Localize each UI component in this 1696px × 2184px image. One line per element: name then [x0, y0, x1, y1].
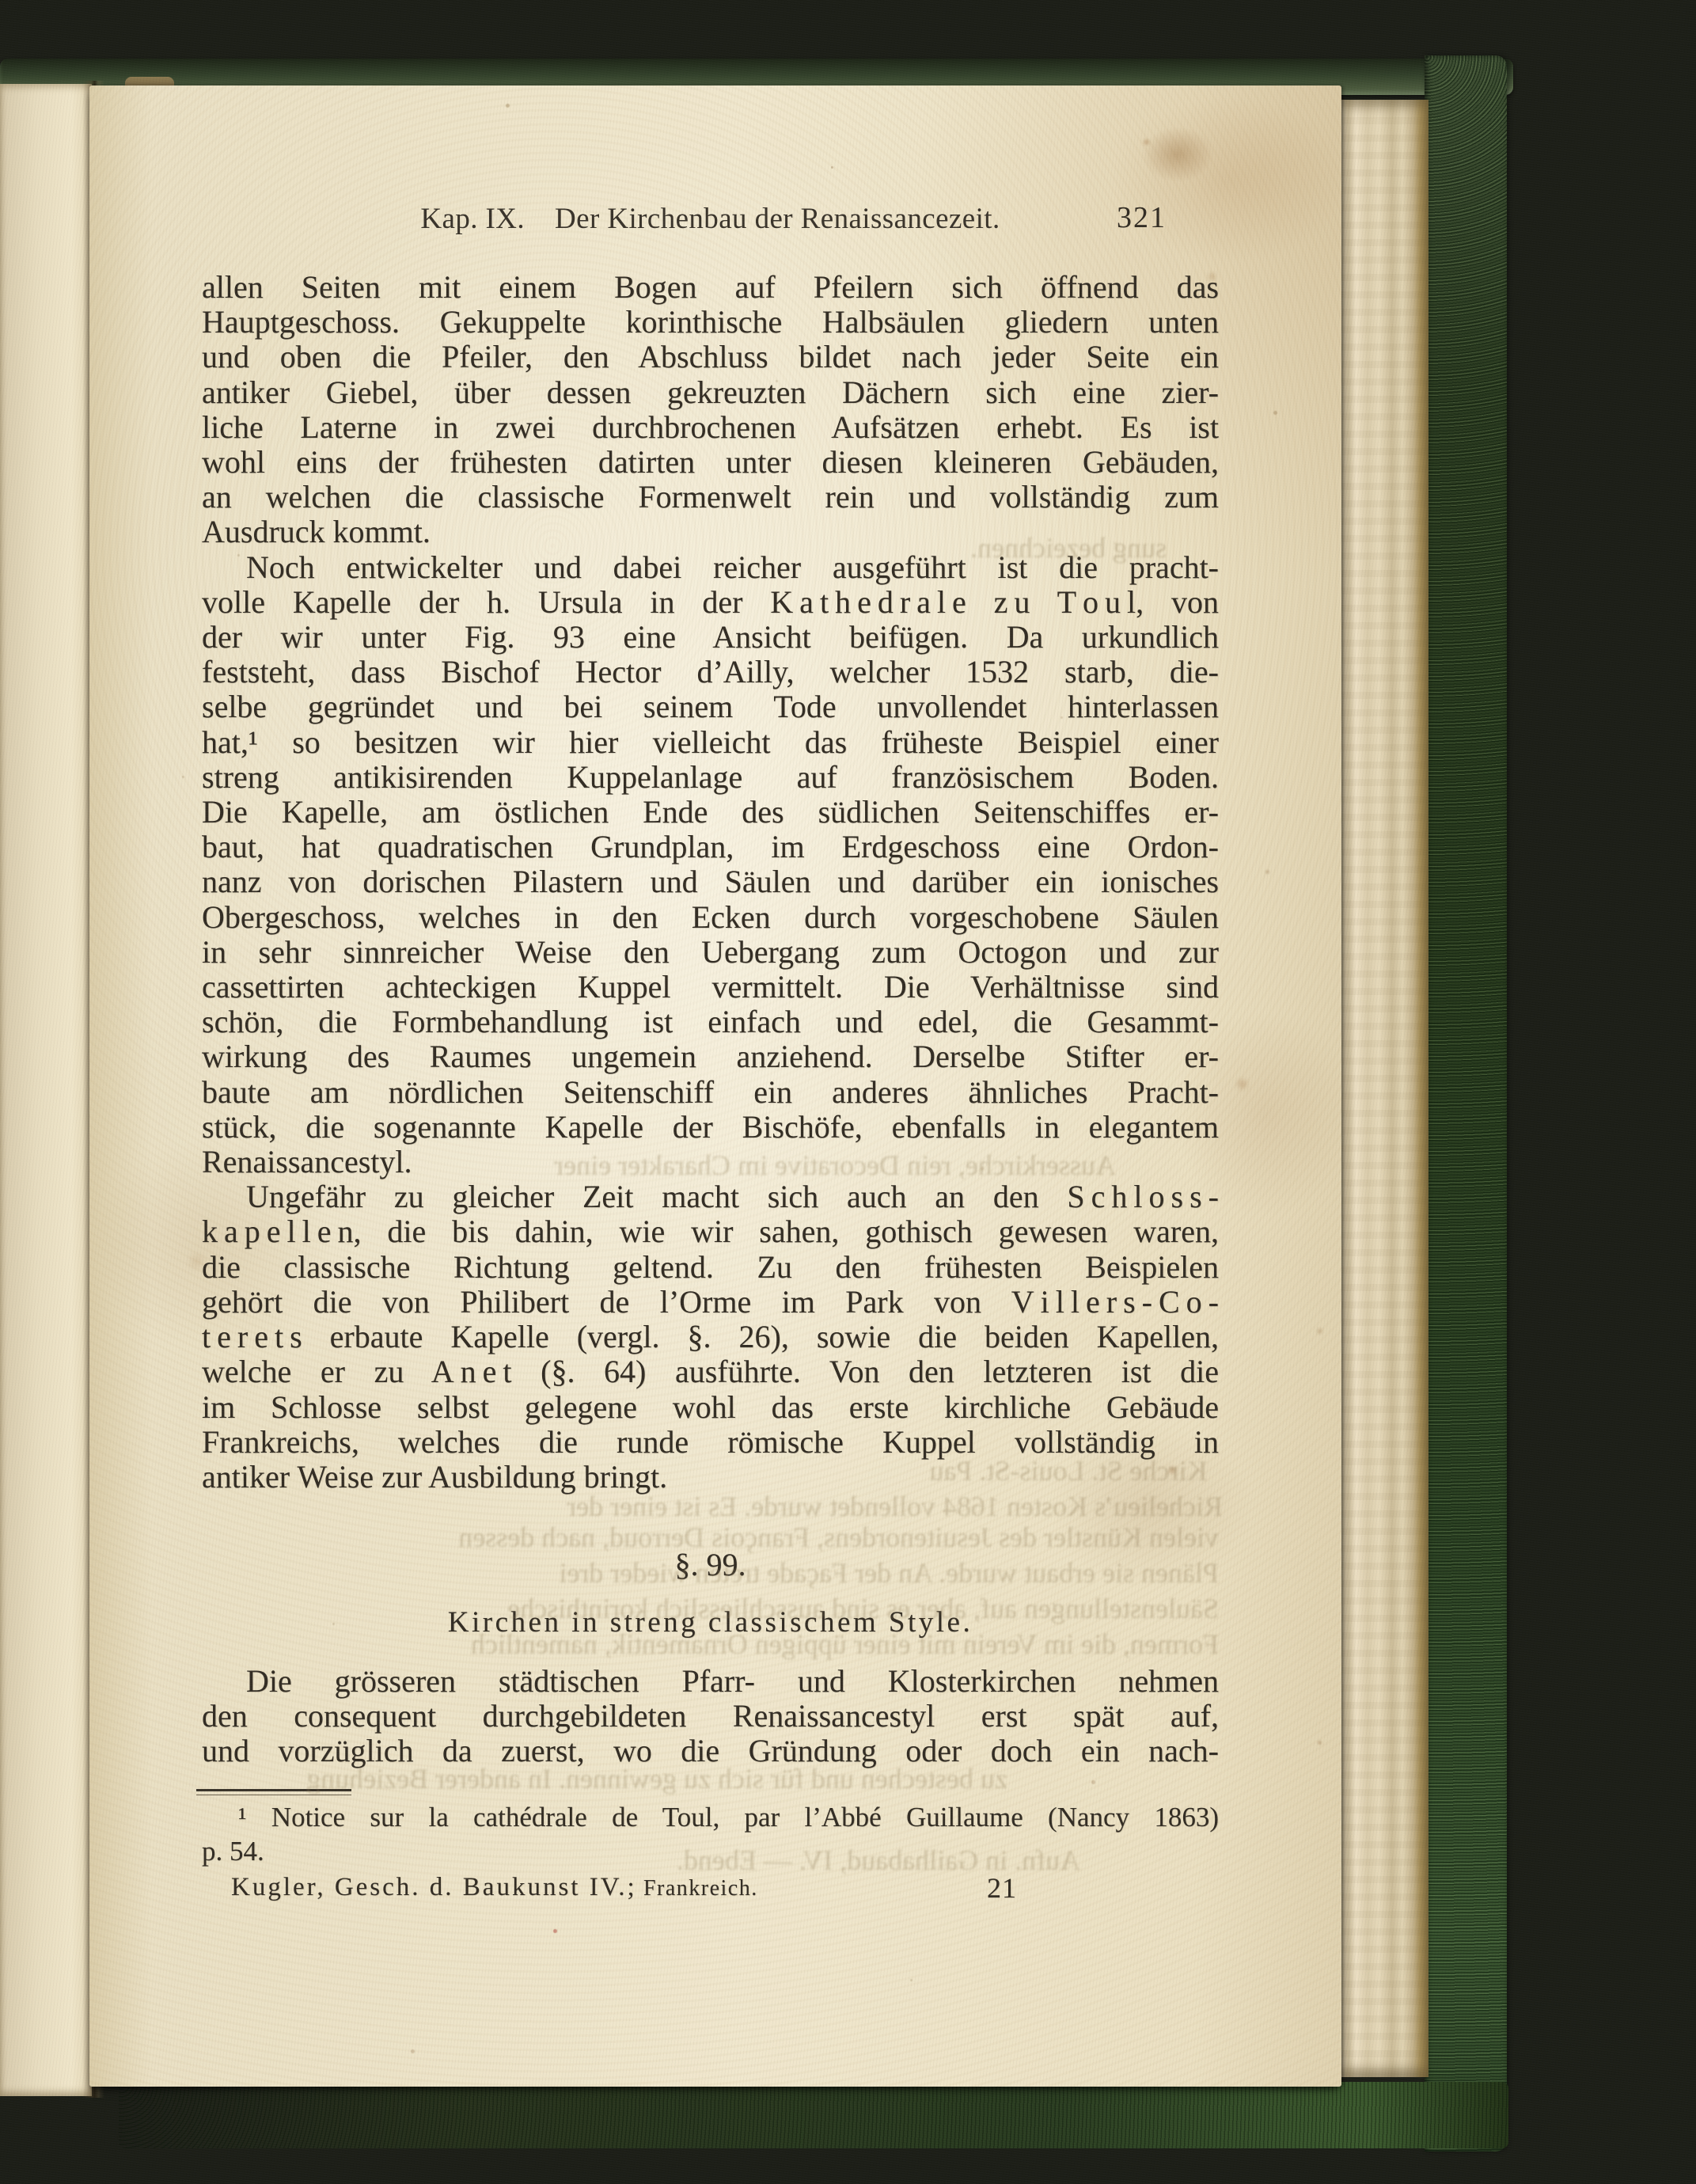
text-line: Ausdruck kommt.	[202, 515, 1219, 549]
text-line: hat,¹ so besitzen wir hier vielleicht da…	[202, 725, 1219, 760]
text-line: Obergeschoss, welches in den Ecken durch…	[202, 900, 1219, 935]
text-line: wohl eins der frühesten datirten unter d…	[202, 445, 1219, 480]
text-line: baute am nördlichen Seitenschiff ein and…	[202, 1075, 1219, 1110]
body-text-column: allen Seiten mit einem Bogen auf Pfeiler…	[202, 270, 1219, 1495]
paragraph: Ungefähr zu gleicher Zeit macht sich auc…	[202, 1179, 1219, 1495]
text-line: Renaissancestyl.	[202, 1145, 1219, 1179]
text-line: Noch entwickelter und dabei reicher ausg…	[202, 550, 1219, 585]
facing-page-edge	[0, 84, 92, 2096]
paragraph: Noch entwickelter und dabei reicher ausg…	[202, 550, 1219, 1180]
text-line: gehört die von Philibert de l’Orme im Pa…	[202, 1285, 1219, 1320]
signature-series: Frankreich.	[643, 1876, 758, 1901]
paper-specks	[89, 85, 92, 88]
text-line: volle Kapelle der h. Ursula in der K a t…	[202, 585, 1219, 620]
text-line: den consequent durchgebildeten Renaissan…	[202, 1699, 1219, 1734]
text-line: Die grösseren städtischen Pfarr- und Klo…	[202, 1664, 1219, 1699]
book-cover-bottom-edge	[119, 2082, 1508, 2148]
text-line: der wir unter Fig. 93 eine Ansicht beifü…	[202, 620, 1219, 655]
text-line: und oben die Pfeiler, den Abschluss bild…	[202, 340, 1219, 374]
footnote-rule	[196, 1789, 351, 1795]
text-line: t e r e t s erbaute Kapelle (vergl. §. 2…	[202, 1320, 1219, 1354]
foxing-stain	[1110, 97, 1348, 263]
text-line: selbe gegründet und bei seinem Tode unvo…	[202, 689, 1219, 724]
text-line: Hauptgeschoss. Gekuppelte korinthische H…	[202, 305, 1219, 340]
text-line: k a p e l l e n, die bis dahin, wie wir …	[202, 1214, 1219, 1249]
text-line: allen Seiten mit einem Bogen auf Pfeiler…	[202, 270, 1219, 305]
text-line: feststeht, dass Bischof Hector d’Ailly, …	[202, 655, 1219, 689]
running-title: Der Kirchenbau der Renaissancezeit.	[555, 203, 1000, 235]
printer-signature-line: Kugler, Gesch. d. Baukunst IV.; Frankrei…	[202, 1873, 1219, 1902]
page-number: 321	[1117, 202, 1167, 234]
text-line: cassettirten achteckigen Kuppel vermitte…	[202, 970, 1219, 1005]
section-title: Kirchen in streng classischem Style.	[202, 1605, 1219, 1639]
paragraph: allen Seiten mit einem Bogen auf Pfeiler…	[202, 270, 1219, 550]
text-line: baut, hat quadratischen Grundplan, im Er…	[202, 830, 1219, 864]
running-head: Kap. IX.Der Kirchenbau der Renaissanceze…	[202, 203, 1219, 235]
text-line: Frankreichs, welches die runde römische …	[202, 1425, 1219, 1460]
text-line: antiker Giebel, über dessen gekreuzten D…	[202, 375, 1219, 410]
text-line: nanz von dorischen Pilastern und Säulen …	[202, 864, 1219, 899]
footnote-line: ¹ Notice sur la cathédrale de Toul, par …	[202, 1800, 1219, 1834]
footnote-line: p. 54.	[202, 1834, 1219, 1868]
text-line: liche Laterne in zwei durchbrochenen Auf…	[202, 410, 1219, 445]
text-line: welche er zu A n e t (§. 64) ausführte. …	[202, 1354, 1219, 1389]
footnote: ¹ Notice sur la cathédrale de Toul, par …	[202, 1800, 1219, 1868]
page-stack-edges	[1341, 100, 1429, 2077]
text-line: im Schlosse selbst gelegene wohl das ers…	[202, 1390, 1219, 1425]
section-number: §. 99.	[202, 1546, 1219, 1583]
signature-author: Kugler, Gesch. d. Baukunst IV.;	[231, 1873, 637, 1901]
book-page: Kap. IX.Der Kirchenbau der Renaissanceze…	[89, 85, 1341, 2087]
foxing-stain	[1142, 127, 1213, 182]
text-line: stück, die sogenannte Kapelle der Bischö…	[202, 1110, 1219, 1145]
paragraph: Die grösseren städtischen Pfarr- und Klo…	[202, 1664, 1219, 1769]
scanned-book-photo: Kap. IX.Der Kirchenbau der Renaissanceze…	[0, 0, 1696, 2184]
text-line: die classische Richtung geltend. Zu den …	[202, 1250, 1219, 1285]
text-line: streng antikisirenden Kuppelanlage auf f…	[202, 760, 1219, 795]
text-line: Ungefähr zu gleicher Zeit macht sich auc…	[202, 1179, 1219, 1214]
chapter-label: Kap. IX.	[420, 203, 525, 235]
text-line: und vorzüglich da zuerst, wo die Gründun…	[202, 1734, 1219, 1768]
text-line: an welchen die classische Formenwelt rei…	[202, 480, 1219, 515]
text-line: antiker Weise zur Ausbildung bringt.	[202, 1460, 1219, 1495]
text-line: in sehr sinnreicher Weise den Uebergang …	[202, 935, 1219, 970]
text-line: schön, die Formbehandlung ist einfach un…	[202, 1005, 1219, 1039]
sheet-number: 21	[987, 1871, 1017, 1905]
text-line: wirkung des Raumes ungemein anziehend. D…	[202, 1039, 1219, 1074]
text-line: Die Kapelle, am östlichen Ende des südli…	[202, 795, 1219, 830]
book-cover-right-edge	[1425, 55, 1507, 2152]
